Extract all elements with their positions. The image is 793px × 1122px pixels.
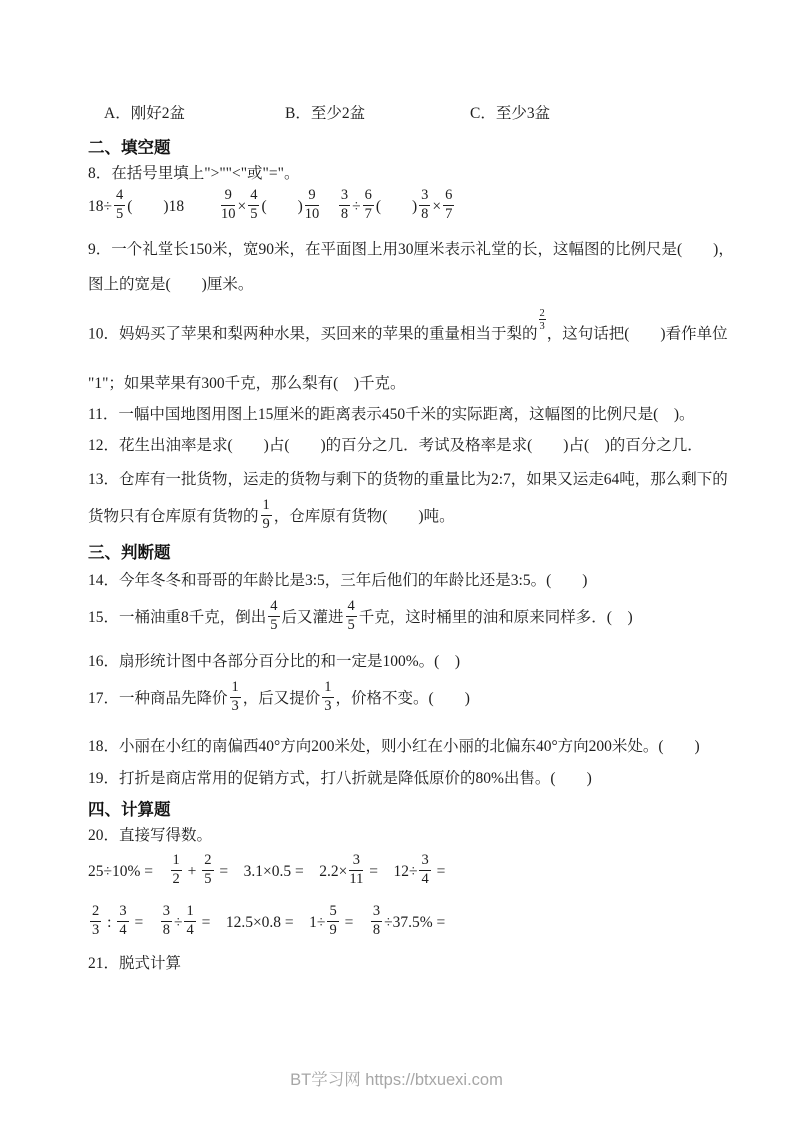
choice-options-row: A．刚好2盆 B．至少2盆 C．至少3盆: [88, 103, 720, 124]
fraction-denominator: 3: [322, 698, 333, 715]
text-run: 10．妈妈买了苹果和梨两种水果，买回来的苹果的重量相当于梨的: [88, 325, 538, 342]
fraction-denominator: 3: [90, 922, 101, 939]
fraction-numerator: 3: [161, 904, 172, 922]
text-run: ，这句话把( )看作单位: [547, 325, 728, 342]
fraction-denominator: 7: [363, 206, 374, 223]
text-run: ( )18: [127, 198, 219, 215]
question-17: 17．一种商品先降价13，后又提价13，价格不变。( ): [88, 682, 720, 717]
text-run: ，价格不变。( ): [336, 690, 470, 707]
fraction-denominator: 8: [339, 206, 350, 223]
fraction: 38: [339, 188, 350, 223]
fraction-numerator: 6: [363, 188, 374, 206]
fraction-denominator: 11: [349, 871, 363, 888]
fraction: 23: [539, 308, 546, 333]
fraction: 45: [268, 599, 279, 634]
text-run: ×: [237, 198, 246, 215]
fraction-denominator: 7: [443, 206, 454, 223]
fraction-denominator: 5: [268, 617, 279, 634]
section-heading-fill-in: 二、填空题: [88, 137, 720, 159]
fraction-denominator: 3: [230, 698, 241, 715]
fraction: 19: [261, 498, 272, 533]
fraction-denominator: 4: [419, 871, 430, 888]
text-run: ÷: [352, 198, 361, 215]
fraction: 14: [184, 904, 195, 939]
text-run: +: [184, 863, 201, 880]
text-run: ÷37.5% =: [384, 914, 445, 931]
fraction: 910: [221, 188, 236, 223]
fraction: 311: [349, 853, 363, 888]
fraction: 67: [363, 188, 374, 223]
fraction-denominator: 10: [221, 206, 236, 223]
question-15: 15．一桶油重8千克，倒出45后又灌进45千克，这时桶里的油和原来同样多．( ): [88, 601, 720, 636]
text-run: ÷: [174, 914, 183, 931]
fraction-denominator: 5: [248, 206, 259, 223]
fraction-denominator: 5: [202, 871, 213, 888]
text-run: ×: [432, 198, 441, 215]
question-20-row-2: 23 : 34 = 38÷14 = 12.5×0.8 = 1÷59 = 38÷3…: [88, 906, 720, 941]
question-16: 16．扇形统计图中各部分百分比的和一定是100%。( ): [88, 651, 720, 672]
fraction: 38: [161, 904, 172, 939]
text-run: =: [341, 914, 369, 931]
fraction: 38: [371, 904, 382, 939]
question-10-line-2: "1"；如果苹果有300千克，那么梨有( )千克。: [88, 373, 720, 394]
question-8: 8．在括号里填上">""<"或"="。: [88, 163, 720, 184]
text-run: [321, 198, 337, 215]
text-run: :: [103, 914, 115, 931]
fraction-denominator: 3: [539, 320, 546, 333]
fraction-numerator: 3: [117, 904, 128, 922]
question-9-line-2: 图上的宽是( )厘米。: [88, 274, 720, 295]
fraction: 12: [171, 853, 182, 888]
question-8-expressions: 18÷45( )18 910×45( )910 38÷67( )38×67: [88, 190, 720, 225]
text-run: =: [131, 914, 159, 931]
worksheet-content: A．刚好2盆 B．至少2盆 C．至少3盆 二、填空题 8．在括号里填上">""<…: [88, 0, 720, 974]
question-9-line-1: 9．一个礼堂长150米，宽90米，在平面图上用30厘米表示礼堂的长，这幅图的比例…: [88, 239, 720, 260]
question-11: 11．一幅中国地图用图上15厘米的距离表示450千米的实际距离，这幅图的比例尺是…: [88, 404, 720, 425]
text-run: =: [433, 863, 446, 880]
fraction: 34: [419, 853, 430, 888]
fraction-numerator: 9: [221, 188, 236, 206]
question-21: 21．脱式计算: [88, 953, 720, 974]
fraction-denominator: 8: [419, 206, 430, 223]
fraction-denominator: 8: [371, 922, 382, 939]
text-run: ( ): [261, 198, 302, 215]
text-run: ，后又提价: [243, 690, 321, 707]
fraction-numerator: 3: [371, 904, 382, 922]
text-run: 25÷10% =: [88, 863, 169, 880]
fraction-numerator: 1: [261, 498, 272, 516]
fraction: 13: [322, 680, 333, 715]
fraction-numerator: 4: [248, 188, 259, 206]
fraction-numerator: 1: [171, 853, 182, 871]
fraction-numerator: 2: [539, 308, 546, 321]
question-10-line-1: 10．妈妈买了苹果和梨两种水果，买回来的苹果的重量相当于梨的23，这句话把( )…: [88, 317, 720, 345]
fraction-numerator: 3: [349, 853, 363, 871]
text-run: ，仓库原有货物( )吨。: [274, 508, 455, 525]
fraction-numerator: 2: [90, 904, 101, 922]
fraction: 34: [117, 904, 128, 939]
fraction-numerator: 4: [346, 599, 357, 617]
footer-watermark: BT学习网 https://btxuexi.com: [0, 1066, 793, 1090]
section-heading-calculation: 四、计算题: [88, 799, 720, 821]
fraction-numerator: 9: [305, 188, 320, 206]
fraction: 23: [90, 904, 101, 939]
text-run: 千克，这时桶里的油和原来同样多．( ): [359, 609, 633, 626]
text-run: = 12.5×0.8 = 1÷: [198, 914, 326, 931]
fraction-denominator: 9: [327, 922, 338, 939]
fraction: 59: [327, 904, 338, 939]
fraction: 13: [230, 680, 241, 715]
fraction-denominator: 4: [184, 922, 195, 939]
option-b: B．至少2盆: [285, 103, 470, 124]
fraction: 38: [419, 188, 430, 223]
fraction-numerator: 2: [202, 853, 213, 871]
option-c: C．至少3盆: [470, 103, 550, 124]
fraction-denominator: 5: [346, 617, 357, 634]
fraction-denominator: 10: [305, 206, 320, 223]
fraction-numerator: 3: [419, 188, 430, 206]
fraction-numerator: 6: [443, 188, 454, 206]
fraction-numerator: 3: [339, 188, 350, 206]
text-run: 货物只有仓库原有货物的: [88, 508, 259, 525]
fraction: 67: [443, 188, 454, 223]
text-run: 后又灌进: [282, 609, 344, 626]
question-13-line-1: 13．仓库有一批货物，运走的货物与剩下的货物的重量比为2:7，如果又运走64吨，…: [88, 469, 720, 490]
fraction-denominator: 4: [117, 922, 128, 939]
question-14: 14．今年冬冬和哥哥的年龄比是3:5，三年后他们的年龄比还是3:5。( ): [88, 570, 720, 591]
fraction-numerator: 3: [419, 853, 430, 871]
question-12: 12．花生出油率是求( )占( )的百分之几．考试及格率是求( )占( )的百分…: [88, 435, 720, 456]
text-run: 15．一桶油重8千克，倒出: [88, 609, 266, 626]
fraction-numerator: 4: [268, 599, 279, 617]
fraction-numerator: 5: [327, 904, 338, 922]
text-run: ( ): [376, 198, 417, 215]
question-20-row-1: 25÷10% = 12 + 25 = 3.1×0.5 = 2.2×311 = 1…: [88, 855, 720, 890]
question-18: 18．小丽在小红的南偏西40°方向200米处，则小红在小丽的北偏东40°方向20…: [88, 736, 720, 757]
fraction-denominator: 2: [171, 871, 182, 888]
question-20-title: 20．直接写得数。: [88, 825, 720, 846]
fraction: 45: [346, 599, 357, 634]
fraction: 45: [248, 188, 259, 223]
fraction: 45: [114, 188, 125, 223]
fraction: 25: [202, 853, 213, 888]
text-run: = 3.1×0.5 = 2.2×: [216, 863, 348, 880]
fraction-denominator: 5: [114, 206, 125, 223]
text-run: = 12÷: [365, 863, 417, 880]
fraction-denominator: 8: [161, 922, 172, 939]
text-run: 18÷: [88, 198, 112, 215]
fraction-numerator: 1: [184, 904, 195, 922]
fraction-denominator: 9: [261, 516, 272, 533]
text-run: 17．一种商品先降价: [88, 690, 228, 707]
fraction-numerator: 4: [114, 188, 125, 206]
option-a: A．刚好2盆: [104, 103, 285, 124]
question-13-line-2: 货物只有仓库原有货物的19，仓库原有货物( )吨。: [88, 500, 720, 535]
section-heading-judgment: 三、判断题: [88, 542, 720, 564]
fraction: 910: [305, 188, 320, 223]
fraction-numerator: 1: [230, 680, 241, 698]
question-19: 19．打折是商店常用的促销方式，打八折就是降低原价的80%出售。( ): [88, 768, 720, 789]
fraction-numerator: 1: [322, 680, 333, 698]
